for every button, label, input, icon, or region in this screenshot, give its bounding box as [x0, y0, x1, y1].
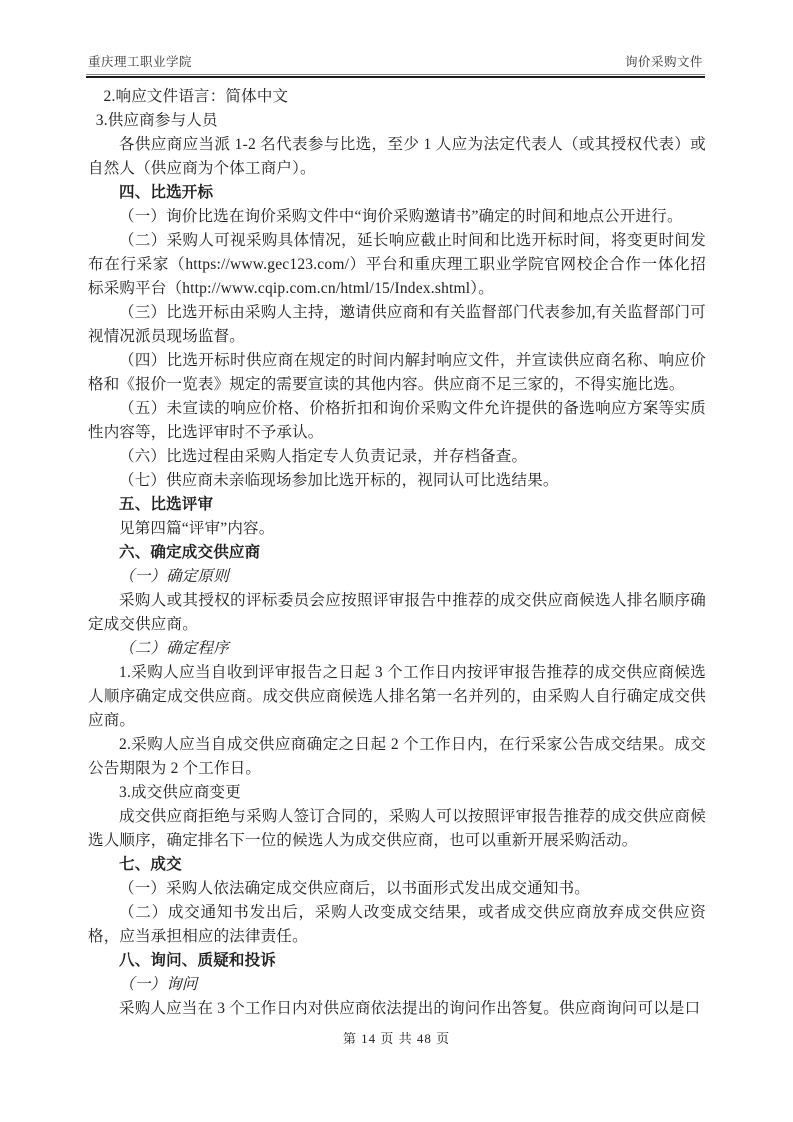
- header-right-title: 询价采购文件: [625, 52, 703, 70]
- header-left-title: 重庆理工职业学院: [88, 52, 192, 70]
- header-divider: [86, 74, 705, 78]
- section-heading: 八、询问、质疑和投诉: [88, 949, 706, 973]
- paragraph: 成交供应商拒绝与采购人签订合同的，采购人可以按照评审报告推荐的成交供应商候选人顺…: [88, 805, 706, 853]
- page-footer: 第 14 页 共 48 页: [0, 1028, 793, 1047]
- paragraph: （七）供应商未亲临现场参加比选开标的，视同认可比选结果。: [88, 469, 706, 493]
- paragraph: 3.成交供应商变更: [88, 781, 706, 805]
- document-body: 2.响应文件语言：简体中文3.供应商参与人员各供应商应当派 1-2 名代表参与比…: [88, 85, 706, 1021]
- section-heading: 六、确定成交供应商: [88, 541, 706, 565]
- paragraph: 见第四篇“评审”内容。: [88, 517, 706, 541]
- paragraph: 2.响应文件语言：简体中文: [88, 85, 706, 109]
- document-page: 重庆理工职业学院 询价采购文件 2.响应文件语言：简体中文3.供应商参与人员各供…: [0, 0, 793, 1122]
- page-number-label: 第 14 页 共 48 页: [343, 1031, 450, 1046]
- section-heading: 七、成交: [88, 853, 706, 877]
- paragraph: 采购人或其授权的评标委员会应按照评审报告中推荐的成交供应商候选人排名顺序确定成交…: [88, 589, 706, 637]
- section-heading: 五、比选评审: [88, 493, 706, 517]
- paragraph: （一）询问: [88, 973, 706, 997]
- paragraph: （三）比选开标由采购人主持，邀请供应商和有关监督部门代表参加,有关监督部门可视情…: [88, 301, 706, 349]
- paragraph: （四）比选开标时供应商在规定的时间内解封响应文件，并宣读供应商名称、响应价格和《…: [88, 349, 706, 397]
- page-header: 重庆理工职业学院 询价采购文件: [88, 52, 703, 70]
- paragraph: （二）确定程序: [88, 637, 706, 661]
- paragraph: （一）询价比选在询价采购文件中“询价采购邀请书”确定的时间和地点公开进行。: [88, 205, 706, 229]
- paragraph: 采购人应当在 3 个工作日内对供应商依法提出的询问作出答复。供应商询问可以是口: [88, 997, 706, 1021]
- paragraph: （一）采购人依法确定成交供应商后，以书面形式发出成交通知书。: [88, 877, 706, 901]
- paragraph: （二）成交通知书发出后，采购人改变成交结果，或者成交供应商放弃成交供应资格，应当…: [88, 901, 706, 949]
- paragraph: 2.采购人应当自成交供应商确定之日起 2 个工作日内，在行采家公告成交结果。成交…: [88, 733, 706, 781]
- paragraph: 3.供应商参与人员: [88, 109, 706, 133]
- paragraph: （一）确定原则: [88, 565, 706, 589]
- paragraph: （五）未宣读的响应价格、价格折扣和询价采购文件允许提供的备选响应方案等实质性内容…: [88, 397, 706, 445]
- paragraph: 各供应商应当派 1-2 名代表参与比选，至少 1 人应为法定代表人（或其授权代表…: [88, 133, 706, 181]
- section-heading: 四、比选开标: [88, 181, 706, 205]
- paragraph: （六）比选过程由采购人指定专人负责记录，并存档备查。: [88, 445, 706, 469]
- paragraph: 1.采购人应当自收到评审报告之日起 3 个工作日内按评审报告推荐的成交供应商候选…: [88, 661, 706, 733]
- paragraph: （二）采购人可视采购具体情况，延长响应截止时间和比选开标时间，将变更时间发布在行…: [88, 229, 706, 301]
